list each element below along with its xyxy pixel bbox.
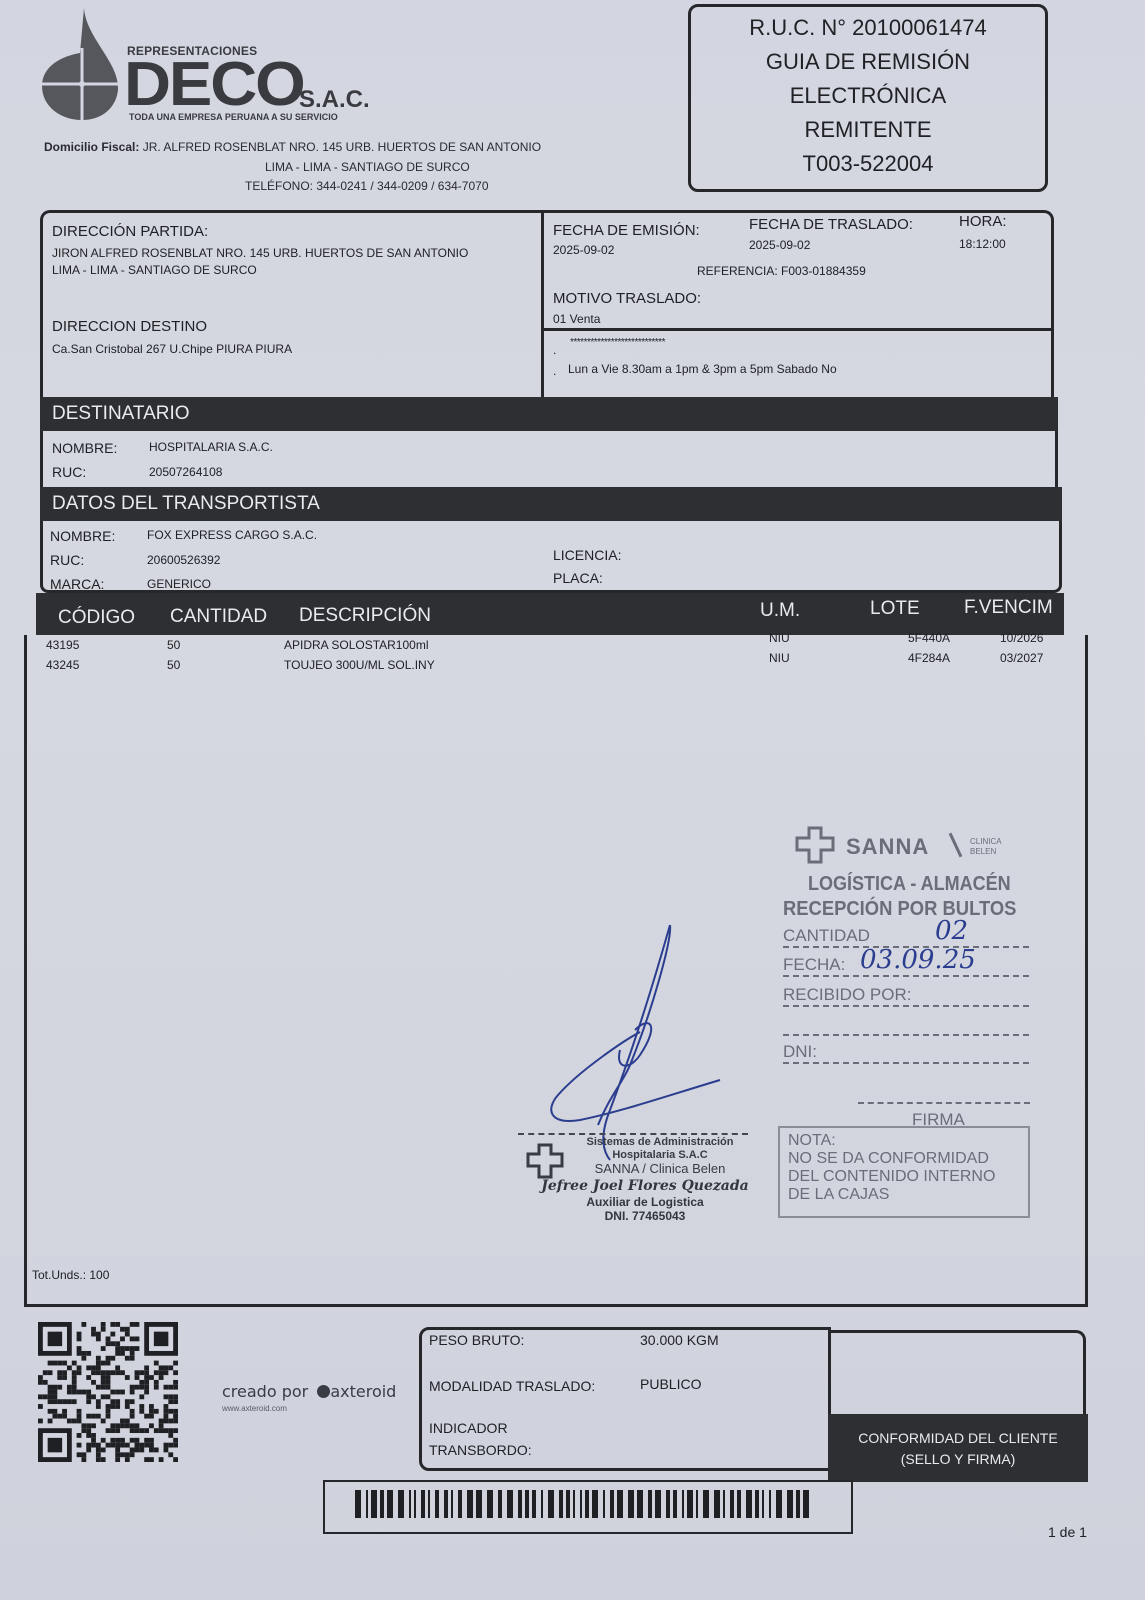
document-type-3: REMITENTE — [691, 113, 1045, 147]
cell-qty: 50 — [167, 638, 180, 652]
personal-stamp-role: Auxiliar de Logistica — [530, 1195, 760, 1209]
stamp-received-label: RECIBIDO POR: — [783, 985, 911, 1004]
page-number: 1 de 1 — [1048, 1524, 1087, 1540]
client-conformity-label: CONFORMIDAD DEL CLIENTE (SELLO Y FIRMA) — [828, 1414, 1088, 1482]
transfer-date-label: FECHA DE TRASLADO: — [749, 216, 913, 233]
fiscal-address-value: JR. ALFRED ROSENBLAT NRO. 145 URB. HUERT… — [143, 140, 541, 154]
stamp-qty-label: CANTIDAD — [783, 926, 870, 945]
conformity-line-2: (SELLO Y FIRMA) — [828, 1449, 1088, 1470]
cell-code: 43245 — [46, 658, 79, 672]
origin-line-2: LIMA - LIMA - SANTIAGO DE SURCO — [52, 263, 257, 277]
plate-label: PLACA: — [553, 570, 603, 586]
issue-date-value: 2025-09-02 — [553, 243, 614, 257]
cell-exp: 10/2026 — [1000, 631, 1043, 645]
carrier-ruc-value: 20600526392 — [147, 553, 220, 567]
stamp-note-box: NOTA: NO SE DA CONFORMIDAD DEL CONTENIDO… — [778, 1126, 1030, 1218]
recipient-ruc-label: RUC: — [52, 464, 86, 480]
fiscal-city: LIMA - LIMA - SANTIAGO DE SURCO — [265, 160, 470, 174]
mode-value: PUBLICO — [640, 1376, 701, 1392]
deco-drop-logo-icon — [40, 8, 120, 120]
cell-qty: 50 — [167, 658, 180, 672]
stamp-brand: SANNA — [846, 834, 929, 860]
issue-date-label: FECHA DE EMISIÓN: — [553, 222, 700, 239]
company-tagline: TODA UNA EMPRESA PERUANA A SU SERVICIO — [129, 112, 338, 122]
recipient-section-header: DESTINATARIO — [40, 397, 1058, 431]
document-type-2: ELECTRÓNICA — [691, 79, 1045, 113]
col-um: U.M. — [760, 600, 800, 622]
personal-stamp-line-1: Sistemas de Administración — [570, 1136, 750, 1149]
delivery-schedule: Lun a Vie 8.30am a 1pm & 3pm a 5pm Sabad… — [568, 362, 837, 376]
col-code: CÓDIGO — [58, 607, 135, 629]
cell-lot: 5F440A — [908, 631, 950, 645]
recipient-name-label: NOMBRE: — [52, 440, 117, 456]
stamp-dni-line: DNI: — [783, 1042, 1029, 1064]
personal-stamp-name: Jefree Joel Flores Quezada — [530, 1178, 760, 1194]
stamp-dni-label: DNI: — [783, 1042, 817, 1061]
qr-code-icon — [38, 1322, 178, 1462]
destination-label: DIRECCION DESTINO — [52, 318, 207, 335]
document-id-box: R.U.C. N° 20100061474 GUIA DE REMISIÓN E… — [688, 4, 1048, 192]
origin-label: DIRECCIÓN PARTIDA: — [52, 223, 208, 240]
col-lot: LOTE — [870, 598, 920, 620]
barcode-icon — [325, 1482, 851, 1532]
notes-dot-1: . — [553, 343, 556, 357]
time-label: HORA: — [959, 213, 1007, 230]
col-desc: DESCRIPCIÓN — [299, 605, 431, 627]
logo-sac: S.A.C. — [299, 86, 370, 114]
barcode-box — [323, 1480, 853, 1534]
remission-guide-page: REPRESENTACIONES DECO S.A.C. TODA UNA EM… — [0, 0, 1145, 1600]
mode-label: MODALIDAD TRASLADO: — [429, 1378, 595, 1394]
divider — [541, 210, 544, 400]
personal-stamp-text: Sistemas de Administración Hospitalaria … — [570, 1136, 750, 1175]
stamp-brand-sub-1: CLINICA — [970, 837, 1002, 847]
carrier-name-value: FOX EXPRESS CARGO S.A.C. — [147, 528, 317, 542]
reason-label: MOTIVO TRASLADO: — [553, 290, 701, 307]
document-type-1: GUIA DE REMISIÓN — [691, 45, 1045, 79]
carrier-name-label: NOMBRE: — [50, 528, 115, 544]
conformity-line-1: CONFORMIDAD DEL CLIENTE — [828, 1428, 1088, 1449]
reason-value: 01 Venta — [553, 312, 600, 326]
carrier-brand-label: MARCA: — [50, 576, 104, 592]
personal-stamp — [518, 1133, 748, 1135]
reference: REFERENCIA: F003-01884359 — [697, 264, 866, 278]
axteroid-logo-icon — [317, 1385, 330, 1398]
creator-vendor: axteroid — [330, 1382, 396, 1401]
divider — [541, 328, 1054, 331]
carrier-section-header: DATOS DEL TRANSPORTISTA — [40, 487, 1062, 521]
stamp-note-title: NOTA: — [788, 1132, 1020, 1150]
stamp-date-label: FECHA: — [783, 955, 845, 974]
transship-label-1: INDICADOR — [429, 1420, 508, 1436]
stamp-date-value: 03.09.25 — [860, 945, 976, 975]
weight-value: 30.000 KGM — [640, 1332, 719, 1348]
cell-code: 43195 — [46, 638, 79, 652]
stamp-note-line-2: DEL CONTENIDO INTERNO — [788, 1168, 1020, 1186]
personal-stamp-line-3: SANNA / Clinica Belen — [570, 1162, 750, 1175]
stamp-note-line-3: DE LA CAJAS — [788, 1186, 1020, 1204]
stamp-received-extra-line — [783, 1018, 1029, 1036]
creator-label: creado por — [222, 1382, 308, 1401]
license-label: LICENCIA: — [553, 547, 621, 563]
col-exp: F.VENCIM — [964, 597, 1053, 619]
company-ruc: R.U.C. N° 20100061474 — [691, 11, 1045, 45]
client-signature-area — [828, 1330, 1086, 1414]
company-phones: TELÉFONO: 344-0241 / 344-0209 / 634-7070 — [245, 179, 489, 193]
logo-deco: DECO — [124, 54, 304, 116]
stamp-dept: LOGÍSTICA - ALMACÉN — [808, 873, 1011, 896]
transfer-date-value: 2025-09-02 — [749, 238, 810, 252]
vendor-url: www.axteroid.com — [222, 1404, 287, 1413]
cell-um: NIU — [769, 651, 790, 665]
stamp-brand-sub: CLINICA BELEN — [970, 837, 1002, 857]
recipient-ruc-value: 20507264108 — [149, 465, 222, 479]
sanna-cross-icon — [526, 1143, 564, 1179]
origin-line-1: JIRON ALFRED ROSENBLAT NRO. 145 URB. HUE… — [52, 246, 468, 260]
weight-label: PESO BRUTO: — [429, 1332, 524, 1348]
time-value: 18:12:00 — [959, 237, 1006, 251]
notes-dot-2: . — [553, 364, 556, 378]
cell-lot: 4F284A — [908, 651, 950, 665]
col-qty: CANTIDAD — [170, 606, 267, 628]
cell-desc: TOUJEO 300U/ML SOL.INY — [284, 658, 435, 672]
cell-exp: 03/2027 — [1000, 651, 1043, 665]
notes-stars: **************************** — [570, 337, 665, 348]
fiscal-address: Domicilio Fiscal: JR. ALFRED ROSENBLAT N… — [44, 140, 541, 154]
transship-label-2: TRANSBORDO: — [429, 1442, 532, 1458]
destination-value: Ca.San Cristobal 267 U.Chipe PIURA PIURA — [52, 342, 292, 356]
carrier-brand-value: GENERICO — [147, 577, 211, 591]
stamp-note-line-1: NO SE DA CONFORMIDAD — [788, 1150, 1020, 1168]
total-units: Tot.Unds.: 100 — [32, 1268, 109, 1282]
creator-credit: creado por axteroid — [222, 1382, 396, 1401]
cell-desc: APIDRA SOLOSTAR100ml — [284, 638, 429, 652]
stamp-received-line: RECIBIDO POR: — [783, 985, 1029, 1007]
carrier-ruc-label: RUC: — [50, 552, 84, 568]
cell-um: NIU — [769, 631, 790, 645]
document-number: T003-522004 — [691, 147, 1045, 181]
recipient-name-value: HOSPITALARIA S.A.C. — [149, 440, 273, 454]
stamp-signature-line — [858, 1092, 1030, 1104]
stamp-qty-value: 02 — [935, 916, 968, 946]
fiscal-address-label: Domicilio Fiscal: — [44, 140, 139, 154]
sanna-reception-cross-icon — [795, 826, 835, 864]
stamp-title: RECEPCIÓN POR BULTOS — [783, 898, 1016, 921]
stamp-brand-sub-2: BELEN — [970, 847, 1002, 857]
items-table-header: CÓDIGO CANTIDAD DESCRIPCIÓN U.M. LOTE F.… — [36, 593, 1064, 635]
personal-stamp-dni: DNI. 77465043 — [530, 1209, 760, 1223]
